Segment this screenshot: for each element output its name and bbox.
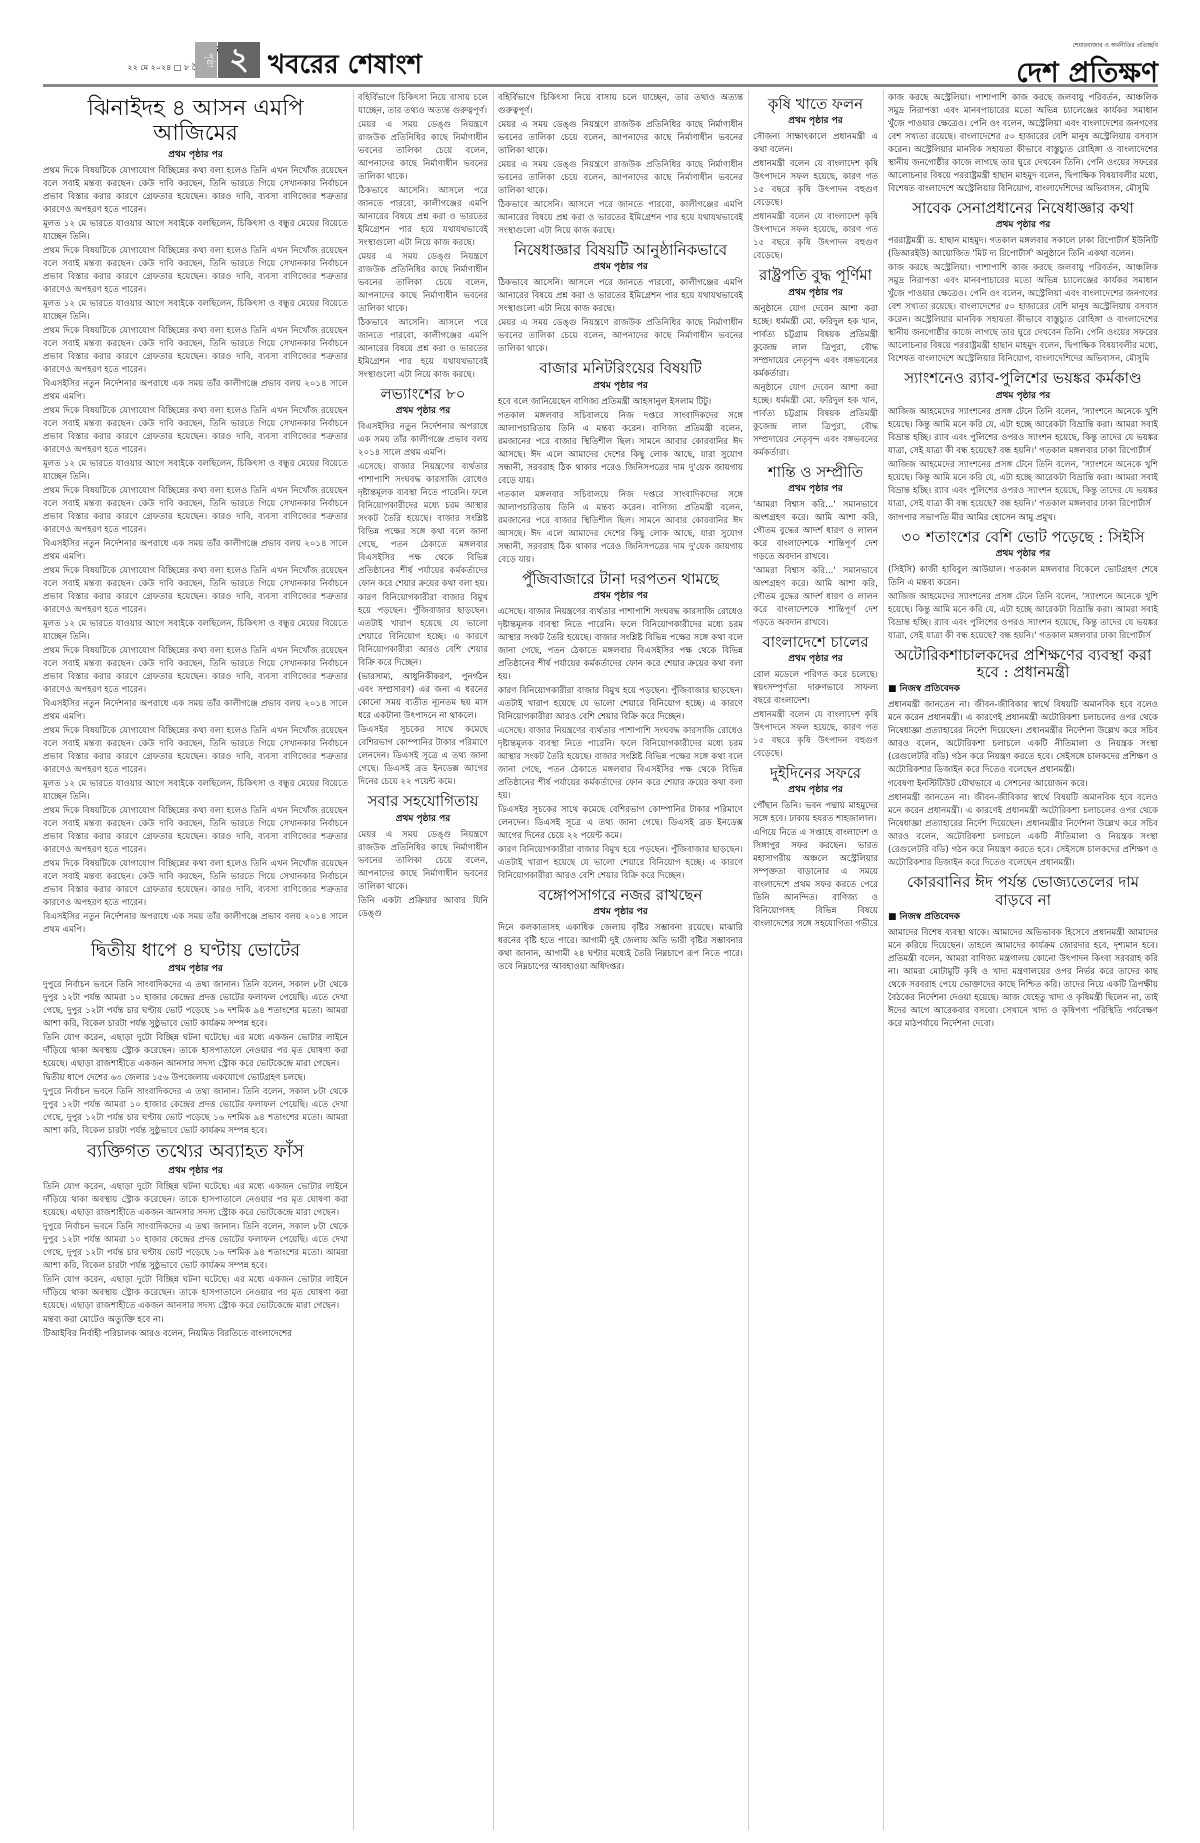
continued-label: প্রথম পৃষ্ঠার পর (888, 390, 1158, 403)
paragraph: দিনে কলকাতাসহ একাধিক জেলায় বৃষ্টির সম্ভ… (498, 922, 743, 974)
paragraph: মন্তব্য করা মোটেও অত্যুক্তি হবে না। (43, 1314, 348, 1327)
paragraph: আমাদের বিশেষ ব্যবস্থা থাকে। আমাদের অভিভা… (888, 927, 1158, 1031)
newspaper-page: বুধবার ২২ মে ২০২৪ □ ৮ জ্যৈষ্ঠ ১৪৩১ পৃষ্ঠ… (43, 0, 1158, 1843)
article-jhenaidah: ঝিনাইদহ ৪ আসন এমপি আজিমের প্রথম পৃষ্ঠার … (43, 96, 348, 937)
paragraph: প্রথম দিকে বিষয়টিকে যোগাযোগ বিচ্ছিন্নের… (43, 565, 348, 617)
paragraph: জাগপার সভাপতি মীর আমির হোসেন আমু প্রমুখ। (888, 512, 1158, 525)
paragraph: 'আমরা বিশ্বাস করি...' সমানভাবে অংশগ্রহণ … (753, 565, 878, 630)
paragraph: গতকাল মঙ্গলবার সচিবালয়ে নিজ দপ্তরে সাংব… (498, 410, 743, 488)
paragraph: মেয়র এ সময় ডেঙ্গু নিয়ন্ত্রণে রাজউক প্… (358, 829, 488, 894)
paragraph: বিএসইসির নতুন নির্দেশনার অপরাধে এক সময় … (43, 538, 348, 564)
paragraph: মূলত ১২ মে ভারতে যাওয়ার আগে সবাইকে বলছি… (43, 218, 348, 244)
paragraph: ঠিকভাবে আসেনি। আসলে পরে জানতে পারবো, কাল… (498, 277, 743, 316)
paragraph: অনুষ্ঠানে যোগ দেবেন আশা করা হচ্ছে। ধর্মম… (753, 382, 878, 460)
paragraph: তিনি যোগ করেন, এছাড়া দুটো বিচ্ছিন্ন ঘটন… (43, 1032, 348, 1071)
paragraph: আজিজ আহমেদের স্যাংশনের প্রসঙ্গ টেনে তিনি… (888, 459, 1158, 511)
paragraph: কাজ করছে অস্ট্রেলিয়া। পাশাপাশি কাজ করছে… (888, 262, 1158, 366)
column-right-narrow: কৃষি খাতে ফলন প্রথম পৃষ্ঠার পর সৌজন্য সা… (753, 92, 878, 1837)
paragraph: 'আমরা বিশ্বাস করি...' সমানভাবে অংশগ্রহণ … (753, 499, 878, 564)
paragraph: হবে বলে জানিয়েছেন বাণিজ্য প্রতিমন্ত্রী … (498, 396, 743, 409)
paragraph: ডিএসইর সূচকের সাথে কমেছে বেশিরভাগ কোম্পা… (358, 724, 488, 789)
article-personal-data-leak: ব্যক্তিগত তথ্যের অব্যাহত ফাঁস প্রথম পৃষ্… (43, 1142, 348, 1341)
byline: ■ নিজস্ব প্রতিবেদক (888, 911, 1158, 924)
paragraph: কারণ বিনিয়োগকারীরা বাজার বিমুখ হয়ে পড়… (498, 844, 743, 883)
headline: নিষেধাজ্ঞার বিষয়টি আনুষ্ঠানিকভাবে (498, 242, 743, 259)
paragraph: তিনি যোগ করেন, এছাড়া দুটো বিচ্ছিন্ন ঘটন… (43, 1274, 348, 1313)
headline: ঝিনাইদহ ৪ আসন এমপি আজিমের (43, 96, 348, 147)
headline: কৃষি খাতে ফলন (753, 96, 878, 113)
paragraph: বিএসইসির নতুন নির্দেশনার অপরাধে এক সময় … (43, 911, 348, 937)
paragraph: বহির্বিভাগে চিকিৎসা নিয়ে বাসায় চলে যাচ… (358, 92, 488, 118)
masthead: বুধবার ২২ মে ২০২৪ □ ৮ জ্যৈষ্ঠ ১৪৩১ পৃষ্ঠ… (43, 40, 1158, 78)
article-second-phase-vote: দ্বিতীয় ধাপে ৪ ঘণ্টায় ভোটের প্রথম পৃষ্… (43, 941, 348, 1139)
paragraph: মূলত ১২ মে ভারতে যাওয়ার আগে সবাইকে বলছি… (43, 618, 348, 644)
paragraph: রোল মডেলে পরিণত করে চলেছে। স্বয়ংসম্পূর্… (753, 669, 878, 708)
paragraph: মেয়র এ সময় ডেঙ্গু নিয়ন্ত্রণে রাজউক প্… (358, 119, 488, 184)
paragraph: প্রথম দিকে বিষয়টিকে যোগাযোগ বিচ্ছিন্নের… (43, 165, 348, 217)
headline: লভ্যাংশের ৮০ (358, 386, 488, 403)
paragraph: এগিয়ে নিতে এ সপ্তাহে বাংলাদেশ ও সিঙ্গাপ… (753, 827, 878, 931)
continued-label: প্রথম পৃষ্ঠার পর (753, 653, 878, 666)
article-cec-vote: ৩০ শতাংশের বেশি ভোট পড়েছে : সিইসি প্রথম… (888, 529, 1158, 643)
paragraph: ডিএসইর সূচকের সাথে কমেছে বেশিরভাগ কোম্পা… (498, 804, 743, 843)
paragraph: প্রধানমন্ত্রী বলেন যে বাংলাদেশ কৃষি উৎপা… (753, 709, 878, 761)
paragraph: বিএসইসির নতুন নির্দেশনার অপরাধে এক সময় … (358, 421, 488, 460)
article-cooperation: সবার সহযোগিতায় প্রথম পৃষ্ঠার পর মেয়র এ… (358, 793, 488, 920)
byline: ■ নিজস্ব প্রতিবেদক (888, 683, 1158, 696)
headline: বাংলাদেশে চালের (753, 634, 878, 651)
continued-label: প্রথম পৃষ্ঠার পর (43, 149, 348, 162)
continued-label: প্রথম পৃষ্ঠার পর (753, 784, 878, 797)
paragraph: তিনি একটা প্রক্রিয়ার আবার যিনি ডেঙ্গু (358, 895, 488, 921)
paragraph: বিএসইসির নতুন নির্দেশনার অপরাধে এক সময় … (43, 698, 348, 724)
paragraph: কাজ করছে অস্ট্রেলিয়া। পাশাপাশি কাজ করছে… (888, 92, 1158, 196)
paragraph: বিএসইসির নতুন নির্দেশনার অপরাধে এক সময় … (43, 378, 348, 404)
column-right: কাজ করছে অস্ট্রেলিয়া। পাশাপাশি কাজ করছে… (888, 92, 1158, 1837)
article-rice: বাংলাদেশে চালের প্রথম পৃষ্ঠার পর রোল মডে… (753, 634, 878, 761)
paragraph: সৌজন্য সাক্ষাৎকালে প্রধানমন্ত্রী এ কথা ব… (753, 131, 878, 157)
paragraph: মূলত ১২ মে ভারতে যাওয়ার আগে সবাইকে বলছি… (43, 778, 348, 804)
article-market-monitoring: বাজার মনিটরিংয়ের বিষয়টি প্রথম পৃষ্ঠার … (498, 360, 743, 566)
section-title: খবরের শেষাংশ (268, 44, 422, 88)
paragraph: দ্বিতীয় ধাপে দেশের ৬৩ জেলার ১৫৬ উপজেলায… (43, 1072, 348, 1085)
paragraph: প্রথম দিকে বিষয়টিকে যোগাযোগ বিচ্ছিন্নের… (43, 485, 348, 537)
paragraph: ঠিকভাবে আসেনি। আসলে পরে জানতে পারবো, কাল… (358, 317, 488, 382)
paragraph: এসেছে। বাজার নিয়ন্ত্রণের ব্যর্থতার পাশা… (358, 461, 488, 591)
headline: দ্বিতীয় ধাপে ৪ ঘণ্টায় ভোটের (43, 941, 348, 962)
paragraph: প্রথম দিকে বিষয়টিকে যোগাযোগ বিচ্ছিন্নের… (43, 645, 348, 697)
article-dividend: লভ্যাংশের ৮০ প্রথম পৃষ্ঠার পর বিএসইসির ন… (358, 386, 488, 789)
paragraph: তিনি যোগ করেন, এছাড়া দুটো বিচ্ছিন্ন ঘটন… (43, 1181, 348, 1220)
headline: শান্তি ও সম্প্রীতি (753, 464, 878, 481)
headline: বাজার মনিটরিংয়ের বিষয়টি (498, 360, 743, 377)
paragraph: গবেষণা ইনস্টিটিউট যৌথভাবে এ সেশনের আয়োজ… (888, 778, 1158, 791)
column-divider (353, 90, 354, 1830)
article-president-buddha-purnima: রাষ্ট্রপতি বুদ্ধ পূর্ণিমা প্রথম পৃষ্ঠার … (753, 267, 878, 459)
logo-tagline: শেয়ারবাজার ও অর্থনীতির প্রতিচ্ছবি (1016, 40, 1158, 51)
headline: ব্যক্তিগত তথ্যের অব্যাহত ফাঁস (43, 1142, 348, 1163)
paragraph: মেয়র এ সময় ডেঙ্গু নিয়ন্ত্রণে রাজউক প্… (358, 251, 488, 316)
paragraph: প্রধানমন্ত্রী জানতেন না। জীবন-জীবিকার স্… (888, 699, 1158, 777)
column-center: বহির্বিভাগে চিকিৎসা নিয়ে বাসায় চলে যাচ… (498, 92, 743, 1837)
paragraph: প্রধানমন্ত্রী বলেন যে বাংলাদেশ কৃষি উৎপা… (753, 211, 878, 263)
continued-label: প্রথম পৃষ্ঠার পর (888, 219, 1158, 232)
newspaper-logo: শেয়ারবাজার ও অর্থনীতির প্রতিচ্ছবি দেশ প… (1016, 40, 1158, 98)
paragraph: কারণ বিনিয়োগকারীরা বাজার বিমুখ হয়ে পড়… (498, 685, 743, 724)
continued-label: প্রথম পৃষ্ঠার পর (498, 380, 743, 393)
paragraph: পৌঁছান তিনি। ভবন পদ্মায় মাহমুদের সঙ্গে … (753, 800, 878, 826)
continued-label: প্রথম পৃষ্ঠার পর (43, 1165, 348, 1178)
paragraph: মূলত ১২ মে ভারতে যাওয়ার আগে সবাইকে বলছি… (43, 458, 348, 484)
continued-label: প্রথম পৃষ্ঠার পর (753, 115, 878, 128)
article-rab-police: স্যাংশনেও র‍্যাব-পুলিশের ভয়ঙ্কর কর্মকাণ… (888, 370, 1158, 524)
continued-label: প্রথম পৃষ্ঠার পর (888, 548, 1158, 561)
article-bay-of-bengal: বঙ্গোপসাগরে নজর রাখছেন প্রথম পৃষ্ঠার পর … (498, 887, 743, 974)
paragraph: গতকাল মঙ্গলবার সচিবালয়ে নিজ দপ্তরে সাংব… (498, 489, 743, 567)
continued-label: প্রথম পৃষ্ঠার পর (498, 590, 743, 603)
column-narrow: বহির্বিভাগে চিকিৎসা নিয়ে বাসায় চলে যাচ… (358, 92, 488, 1837)
article-former-army-chief: সাবেক সেনাপ্রধানের নিষেধাজ্ঞার কথা প্রথম… (888, 200, 1158, 366)
article-agriculture: কৃষি খাতে ফলন প্রথম পৃষ্ঠার পর সৌজন্য সা… (753, 96, 878, 263)
headline: বঙ্গোপসাগরে নজর রাখছেন (498, 887, 743, 904)
paragraph: টিআইবির নির্বাহী পরিচালক আরও বলেন, নিয়ম… (43, 1328, 348, 1341)
paragraph: বহির্বিভাগে চিকিৎসা নিয়ে বাসায় চলে যাচ… (498, 92, 743, 118)
paragraph: এসেছে। বাজার নিয়ন্ত্রণের ব্যর্থতার পাশা… (498, 725, 743, 803)
paragraph: মেয়র এ সময় ডেঙ্গু নিয়ন্ত্রণে রাজউক প্… (498, 317, 743, 356)
article-two-day-visit: দুইদিনের সফরে প্রথম পৃষ্ঠার পর পৌঁছান তি… (753, 765, 878, 931)
headline: অটোরিকশাচালকদের প্রশিক্ষণের ব্যবস্থা করা… (888, 647, 1158, 682)
paragraph: এসেছে। বাজার নিয়ন্ত্রণের ব্যর্থতার পাশা… (498, 606, 743, 684)
column-divider (748, 90, 749, 1830)
paragraph: মূলত ১২ মে ভারতে যাওয়ার আগে সবাইকে বলছি… (43, 298, 348, 324)
page-label: পৃষ্ঠা (195, 42, 217, 78)
paragraph: আজিজ আহমেদের স্যাংশনের প্রসঙ্গ টেনে তিনি… (888, 591, 1158, 643)
paragraph: প্রথম দিকে বিষয়টিকে যোগাযোগ বিচ্ছিন্নের… (43, 325, 348, 377)
continued-label: প্রথম পৃষ্ঠার পর (498, 261, 743, 274)
continued-label: প্রথম পৃষ্ঠার পর (358, 813, 488, 826)
headline: পুঁজিবাজারে টানা দরপতন থামছে (498, 571, 743, 588)
paragraph: অনুষ্ঠানে যোগ দেবেন আশা করা হচ্ছে। ধর্মম… (753, 303, 878, 381)
paragraph: প্রথম দিকে বিষয়টিকে যোগাযোগ বিচ্ছিন্নের… (43, 805, 348, 857)
headline: ৩০ শতাংশের বেশি ভোট পড়েছে : সিইসি (888, 529, 1158, 546)
headline: সাবেক সেনাপ্রধানের নিষেধাজ্ঞার কথা (888, 200, 1158, 217)
column-left: ঝিনাইদহ ৪ আসন এমপি আজিমের প্রথম পৃষ্ঠার … (43, 92, 348, 1837)
headline: দুইদিনের সফরে (753, 765, 878, 782)
paragraph: (ভারসাম্য, আধুনিকীকরণ, পুনর্গঠন এবং সম্প… (358, 671, 488, 723)
article-sanction-official: নিষেধাজ্ঞার বিষয়টি আনুষ্ঠানিকভাবে প্রথম… (498, 242, 743, 356)
paragraph: দুপুরে নির্বাচন ভবনে তিনি সাংবাদিকদের এ … (43, 1221, 348, 1273)
continued-label: প্রথম পৃষ্ঠার পর (753, 287, 878, 300)
paragraph: পররাষ্ট্রমন্ত্রী ড. হাছান মাহমুদ। গতকাল … (888, 235, 1158, 261)
paragraph: দুপুরে নির্বাচন ভবনে তিনি সাংবাদিকদের এ … (43, 1086, 348, 1138)
continued-label: প্রথম পৃষ্ঠার পর (43, 963, 348, 976)
paragraph: প্রধানমন্ত্রী জানতেন না। জীবন-জীবিকার স্… (888, 792, 1158, 870)
article-autorickshaw: অটোরিকশাচালকদের প্রশিক্ষণের ব্যবস্থা করা… (888, 647, 1158, 871)
article-peace-harmony: শান্তি ও সম্প্রীতি প্রথম পৃষ্ঠার পর 'আমর… (753, 464, 878, 630)
column-divider (493, 90, 494, 1830)
headline: রাষ্ট্রপতি বুদ্ধ পূর্ণিমা (753, 267, 878, 284)
masthead-rule (43, 84, 1158, 87)
paragraph: মেয়র এ সময় ডেঙ্গু নিয়ন্ত্রণে রাজউক প্… (498, 159, 743, 198)
continued-label: প্রথম পৃষ্ঠার পর (753, 483, 878, 496)
continued-label: প্রথম পৃষ্ঠার পর (358, 405, 488, 418)
paragraph: প্রথম দিকে বিষয়টিকে যোগাযোগ বিচ্ছিন্নের… (43, 405, 348, 457)
paragraph: ঠিকভাবে আসেনি। আসলে পরে জানতে পারবো, কাল… (498, 199, 743, 238)
continued-label: প্রথম পৃষ্ঠার পর (498, 906, 743, 919)
paragraph: কারণ বিনিয়োগকারীরা বাজার বিমুখ হয়ে পড়… (358, 592, 488, 670)
paragraph: দুপুরে নির্বাচন ভবনে তিনি সাংবাদিকদের এ … (43, 979, 348, 1031)
paragraph: প্রথম দিকে বিষয়টিকে যোগাযোগ বিচ্ছিন্নের… (43, 245, 348, 297)
article-edible-oil: কোরবানির ঈদ পর্যন্ত ভোজ্যতেলের দাম বাড়ব… (888, 874, 1158, 1031)
page-number: ২ (218, 42, 260, 78)
paragraph: আজিজ আহমেদের স্যাংশনের প্রসঙ্গ টেনে তিনি… (888, 406, 1158, 458)
headline: কোরবানির ঈদ পর্যন্ত ভোজ্যতেলের দাম বাড়ব… (888, 874, 1158, 909)
paragraph: প্রধানমন্ত্রী বলেন যে বাংলাদেশ কৃষি উৎপা… (753, 158, 878, 210)
paragraph: প্রথম দিকে বিষয়টিকে যোগাযোগ বিচ্ছিন্নের… (43, 858, 348, 910)
column-divider (883, 90, 884, 1830)
paragraph: মেয়র এ সময় ডেঙ্গু নিয়ন্ত্রণে রাজউক প্… (498, 119, 743, 158)
headline: স্যাংশনেও র‍্যাব-পুলিশের ভয়ঙ্কর কর্মকাণ… (888, 370, 1158, 387)
paragraph: ঠিকভাবে আসেনি। আসলে পরে জানতে পারবো, কাল… (358, 185, 488, 250)
article-capital-market: পুঁজিবাজারে টানা দরপতন থামছে প্রথম পৃষ্ঠ… (498, 571, 743, 883)
paragraph: প্রথম দিকে বিষয়টিকে যোগাযোগ বিচ্ছিন্নের… (43, 725, 348, 777)
headline: সবার সহযোগিতায় (358, 793, 488, 810)
paragraph: (সিইসি) কাজী হাবিবুল আউয়াল। গতকাল মঙ্গল… (888, 564, 1158, 590)
